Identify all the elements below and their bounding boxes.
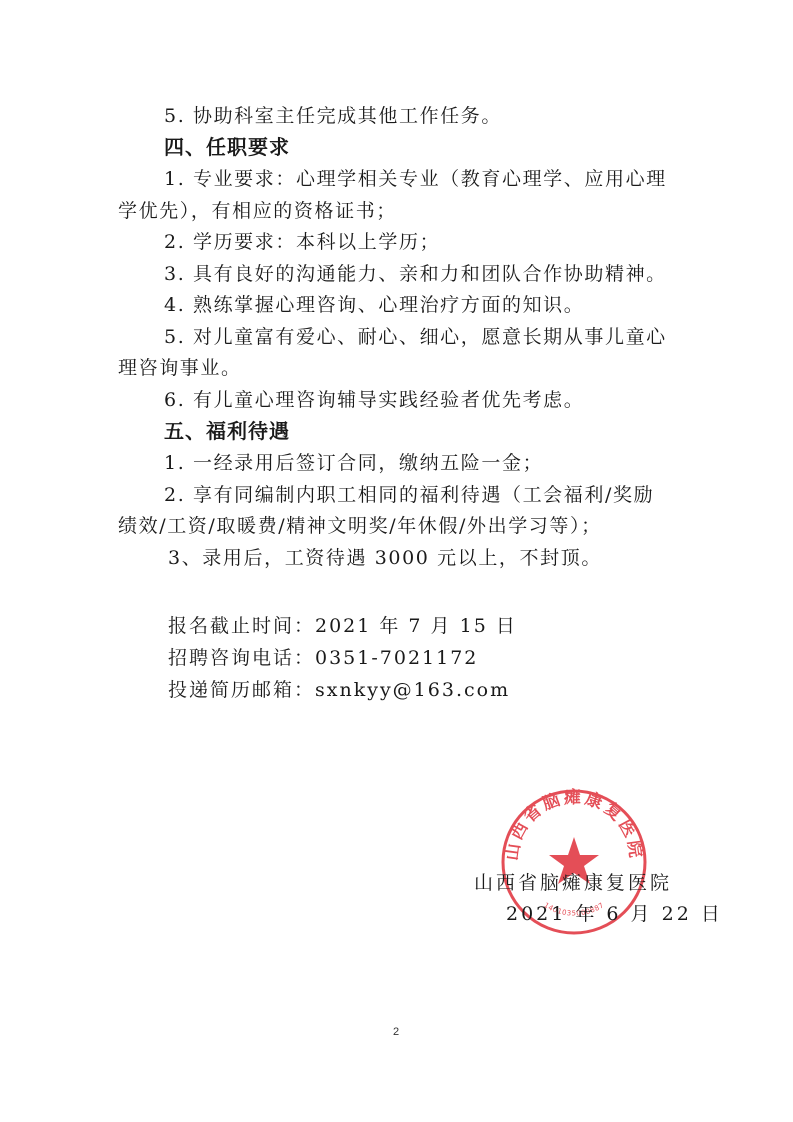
benefit-item-3: 3、录用后，工资待遇 3000 元以上，不封顶。 — [168, 546, 602, 570]
contact-phone: 招聘咨询电话：0351-7021172 — [168, 646, 478, 670]
requirement-item-5: 5. 对儿童富有爱心、耐心、细心，愿意长期从事儿童心 — [164, 325, 667, 349]
duty-item-5: 5. 协助科室主任完成其他工作任务。 — [164, 104, 502, 128]
requirement-item-3: 3. 具有良好的沟通能力、亲和力和团队合作协助精神。 — [164, 262, 667, 286]
document-page: 5. 协助科室主任完成其他工作任务。 四、任职要求 1. 专业要求：心理学相关专… — [0, 0, 793, 1122]
signature-organization: 山西省脑瘫康复医院 — [474, 871, 672, 895]
requirement-item-1-cont: 学优先），有相应的资格证书； — [118, 199, 397, 223]
requirement-item-2: 2. 学历要求：本科以上学历； — [164, 230, 440, 254]
signature-date: 2021 年 6 月 22 日 — [506, 902, 723, 926]
requirement-item-4: 4. 熟练掌握心理咨询、心理治疗方面的知识。 — [164, 293, 584, 317]
requirement-item-1: 1. 专业要求：心理学相关专业（教育心理学、应用心理 — [164, 167, 667, 191]
requirement-item-5-cont: 理咨询事业。 — [118, 356, 242, 380]
section-heading-requirements: 四、任职要求 — [164, 135, 290, 159]
benefit-item-1: 1. 一经录用后签订合同，缴纳五险一金； — [164, 451, 543, 475]
page-number: 2 — [393, 1026, 399, 1038]
benefit-item-2: 2. 享有同编制内职工相同的福利待遇（工会福利/奖励 — [164, 483, 654, 507]
benefit-item-2-cont: 绩效/工资/取暖费/精神文明奖/年休假/外出学习等）； — [118, 514, 602, 538]
contact-email: 投递简历邮箱：sxnkyy@163.com — [168, 678, 510, 702]
application-deadline: 报名截止时间：2021 年 7 月 15 日 — [168, 614, 517, 638]
requirement-item-6: 6. 有儿童心理咨询辅导实践经验者优先考虑。 — [164, 388, 584, 412]
section-heading-benefits: 五、福利待遇 — [164, 419, 290, 443]
